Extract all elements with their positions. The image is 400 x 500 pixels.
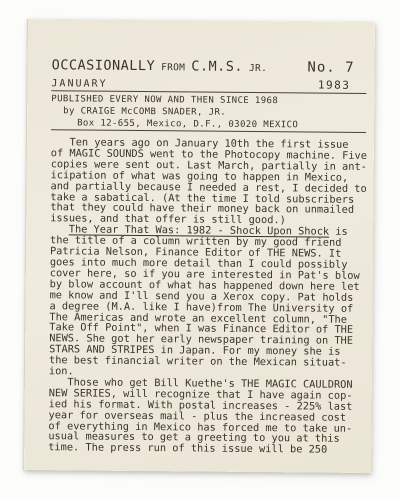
- newsletter-title: OCCASIONALLY FROM C.M.S. JR.: [52, 57, 268, 75]
- body-text: Ten years ago on January 10th the first …: [48, 137, 366, 456]
- body-paragraph-2: The Year That Was: 1982 - Shock Upon Sho…: [49, 224, 365, 379]
- title-main: OCCASIONALLY: [52, 57, 156, 74]
- address: Box 12-655, Mexico, D.F., 03020 MEXICO: [77, 118, 366, 131]
- masthead: OCCASIONALLY FROM C.M.S. JR. No. 7: [52, 57, 367, 76]
- address-rule-row: Box 12-655, Mexico, D.F., 03020 MEXICO: [51, 118, 366, 133]
- scan-background: OCCASIONALLY FROM C.M.S. JR. No. 7 JANUA…: [0, 0, 400, 500]
- body-paragraph-1: Ten years ago on January 10th the first …: [50, 137, 366, 227]
- byline: by CRAIGE McCOMB SNADER, JR.: [63, 106, 366, 119]
- newsletter-page: OCCASIONALLY FROM C.M.S. JR. No. 7 JANUA…: [24, 19, 375, 473]
- body-paragraph-3: Those who get Bill Kuethe's THE MAGIC CA…: [48, 377, 364, 456]
- text-line: time. The press run of this issue will b…: [48, 443, 363, 457]
- tagline: PUBLISHED EVERY NOW AND THEN SINCE 1968: [51, 94, 366, 107]
- title-initials: C.M.S.: [191, 58, 243, 74]
- title-jr: JR.: [243, 63, 267, 74]
- date-rule-row: JANUARY 1983: [51, 76, 366, 94]
- issue-number: No. 7: [307, 59, 354, 75]
- title-from: FROM: [155, 62, 191, 73]
- month-label: JANUARY: [51, 78, 107, 89]
- year-label: 1983: [318, 79, 351, 92]
